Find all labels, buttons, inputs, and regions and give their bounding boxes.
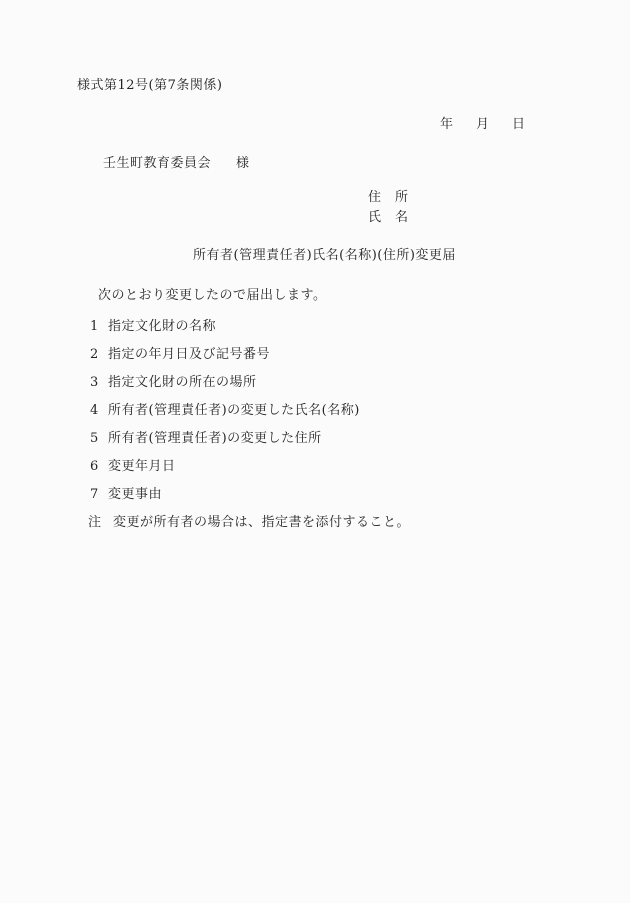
- list-item-2: 2 指定の年月日及び記号番号: [90, 346, 270, 364]
- addressee-name: 壬生町教育委員会: [103, 155, 211, 173]
- sender-name-label: 氏 名: [368, 208, 409, 228]
- item-number: 6: [90, 458, 108, 476]
- item-number: 7: [90, 486, 108, 504]
- date-line: 年 月 日: [440, 116, 525, 134]
- list-item-7: 7 変更事由: [90, 486, 162, 504]
- addressee-line: 壬生町教育委員会 様: [103, 155, 250, 173]
- list-item-5: 5 所有者(管理責任者)の変更した住所: [90, 430, 322, 448]
- addressee-honorific: 様: [236, 155, 250, 173]
- item-text: 指定文化財の名称: [108, 318, 216, 336]
- form-page: 様式第12号(第7条関係) 年 月 日 壬生町教育委員会 様 住 所 氏 名 所…: [0, 0, 630, 903]
- list-item-1: 1 指定文化財の名称: [90, 318, 216, 336]
- list-item-6: 6 変更年月日: [90, 458, 176, 476]
- item-number: 3: [90, 374, 108, 392]
- item-text: 変更事由: [108, 486, 162, 504]
- day-label: 日: [512, 116, 525, 134]
- note-text: 変更が所有者の場合は、指定書を添付すること。: [113, 514, 410, 532]
- item-text: 指定の年月日及び記号番号: [108, 346, 270, 364]
- item-number: 4: [90, 402, 108, 420]
- note-label: 注: [88, 514, 113, 532]
- note-line: 注 変更が所有者の場合は、指定書を添付すること。: [88, 514, 410, 532]
- list-item-4: 4 所有者(管理責任者)の変更した氏名(名称): [90, 402, 360, 420]
- item-text: 所有者(管理責任者)の変更した氏名(名称): [108, 402, 360, 420]
- item-number: 5: [90, 430, 108, 448]
- item-text: 所有者(管理責任者)の変更した住所: [108, 430, 322, 448]
- item-text: 指定文化財の所在の場所: [108, 374, 257, 392]
- sender-block: 住 所 氏 名: [368, 188, 409, 228]
- item-number: 1: [90, 318, 108, 336]
- month-label: 月: [476, 116, 489, 134]
- document-title: 所有者(管理責任者)氏名(名称)(住所)変更届: [193, 247, 456, 265]
- sender-address-label: 住 所: [368, 188, 409, 208]
- year-label: 年: [440, 116, 453, 134]
- item-number: 2: [90, 346, 108, 364]
- list-item-3: 3 指定文化財の所在の場所: [90, 374, 257, 392]
- form-number: 様式第12号(第7条関係): [77, 77, 222, 95]
- intro-text: 次のとおり変更したので届出します。: [98, 287, 326, 305]
- item-text: 変更年月日: [108, 458, 176, 476]
